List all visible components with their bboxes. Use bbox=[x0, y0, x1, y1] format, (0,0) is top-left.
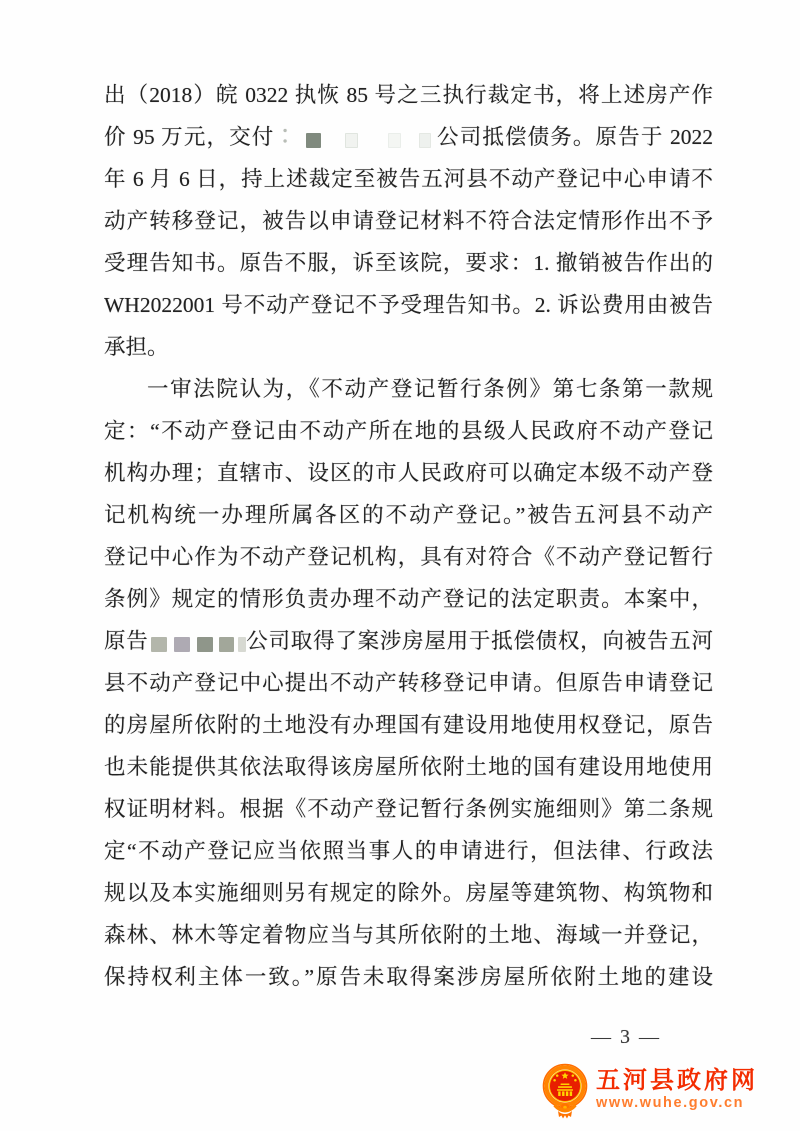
redaction-block bbox=[306, 133, 321, 148]
text-run: 价 95 万元，交付 bbox=[104, 125, 274, 149]
text-run: 的房屋所依附的土地没有办理国有建设用地使用权登记，原告 bbox=[104, 713, 713, 737]
text-run: ∶ bbox=[274, 125, 296, 149]
document-line: 定“不动产登记应当依照当事人的申请进行，但法律、行政法 bbox=[104, 830, 713, 872]
redaction-block bbox=[219, 637, 234, 652]
page-number: — 3 — bbox=[566, 1026, 686, 1049]
text-run: 受理告知书。原告不服，诉至该院，要求：1. 撤销被告作出的 bbox=[104, 251, 713, 275]
national-emblem-icon bbox=[542, 1062, 588, 1131]
text-run: 出（2018）皖 0322 执恢 85 号之三执行裁定书，将上述房产作 bbox=[104, 83, 713, 107]
document-line: 森林、林木等定着物应当与其所依附的土地、海域一并登记， bbox=[104, 914, 713, 956]
redaction-block bbox=[197, 637, 213, 652]
text-run: 公司取得了案涉房屋用于抵偿债权，向被告五河 bbox=[246, 629, 713, 653]
document-line: WH2022001 号不动产登记不予受理告知书。2. 诉讼费用由被告 bbox=[104, 284, 713, 326]
document-line: 价 95 万元，交付∶公司抵偿债务。原告于 2022 bbox=[104, 116, 713, 158]
site-name: 五河县政府网 bbox=[596, 1067, 758, 1095]
document-line: 出（2018）皖 0322 执恢 85 号之三执行裁定书，将上述房产作 bbox=[104, 74, 713, 116]
document-line: 登记中心作为不动产登记机构，具有对符合《不动产登记暂行 bbox=[104, 536, 713, 578]
text-run: 规以及本实施细则另有规定的除外。房屋等建筑物、构筑物和 bbox=[104, 881, 713, 905]
document-line: 的房屋所依附的土地没有办理国有建设用地使用权登记，原告 bbox=[104, 704, 713, 746]
text-run: 权证明材料。根据《不动产登记暂行条例实施细则》第二条规 bbox=[104, 797, 713, 821]
text-run: WH2022001 号不动产登记不予受理告知书。2. 诉讼费用由被告 bbox=[104, 293, 713, 317]
text-run: 森林、林木等定着物应当与其所依附的土地、海域一并登记， bbox=[104, 923, 713, 947]
redaction-block bbox=[345, 133, 358, 148]
redaction-block bbox=[238, 637, 246, 652]
text-run: 一审法院认为，《不动产登记暂行条例》第七条第一款规 bbox=[147, 377, 713, 401]
text-run: 记机构统一办理所属各区的不动产登记。”被告五河县不动产 bbox=[104, 503, 713, 527]
site-url: www.wuhe.gov.cn bbox=[596, 1095, 758, 1112]
redaction-block bbox=[388, 133, 401, 148]
document-line: 受理告知书。原告不服，诉至该院，要求：1. 撤销被告作出的 bbox=[104, 242, 713, 284]
document-line: 记机构统一办理所属各区的不动产登记。”被告五河县不动产 bbox=[104, 494, 713, 536]
text-run: 原告 bbox=[104, 629, 149, 653]
document-line: 县不动产登记中心提出不动产转移登记申请。但原告申请登记 bbox=[104, 662, 713, 704]
document-line: 条例》规定的情形负责办理不动产登记的法定职责。本案中， bbox=[104, 578, 713, 620]
document-line: 一审法院认为，《不动产登记暂行条例》第七条第一款规 bbox=[104, 368, 713, 410]
text-run: 保持权利主体一致。”原告未取得案涉房屋所依附土地的建设 bbox=[104, 965, 713, 989]
redaction-block bbox=[419, 133, 431, 148]
text-run: 登记中心作为不动产登记机构，具有对符合《不动产登记暂行 bbox=[104, 545, 713, 569]
text-run: 条例》规定的情形负责办理不动产登记的法定职责。本案中， bbox=[104, 587, 713, 611]
document-line: 年 6 月 6 日，持上述裁定至被告五河县不动产登记中心申请不 bbox=[104, 158, 713, 200]
redaction-blocks bbox=[296, 117, 436, 158]
text-run: 定“不动产登记应当依照当事人的申请进行，但法律、行政法 bbox=[104, 839, 713, 863]
text-run: 年 6 月 6 日，持上述裁定至被告五河县不动产登记中心申请不 bbox=[104, 167, 713, 191]
document-line: 权证明材料。根据《不动产登记暂行条例实施细则》第二条规 bbox=[104, 788, 713, 830]
document-line: 也未能提供其依法取得该房屋所依附土地的国有建设用地使用 bbox=[104, 746, 713, 788]
site-logo-watermark: 五河县政府网 www.wuhe.gov.cn bbox=[542, 1062, 758, 1131]
text-run: 承担。 bbox=[104, 335, 169, 359]
site-logo-texts: 五河县政府网 www.wuhe.gov.cn bbox=[596, 1062, 758, 1112]
document-text: 出（2018）皖 0322 执恢 85 号之三执行裁定书，将上述房产作价 95 … bbox=[104, 74, 713, 998]
document-line: 机构办理；直辖市、设区的市人民政府可以确定本级不动产登 bbox=[104, 452, 713, 494]
text-run: 也未能提供其依法取得该房屋所依附土地的国有建设用地使用 bbox=[104, 755, 713, 779]
redaction-block bbox=[151, 637, 167, 652]
text-run: 县不动产登记中心提出不动产转移登记申请。但原告申请登记 bbox=[104, 671, 713, 695]
text-run: 机构办理；直辖市、设区的市人民政府可以确定本级不动产登 bbox=[104, 461, 713, 485]
document-line: 动产转移登记，被告以申请登记材料不符合法定情形作出不予 bbox=[104, 200, 713, 242]
redaction-blocks bbox=[149, 621, 246, 662]
document-line: 保持权利主体一致。”原告未取得案涉房屋所依附土地的建设 bbox=[104, 956, 713, 998]
redaction-block bbox=[174, 637, 190, 652]
text-run: 公司抵偿债务。原告于 2022 bbox=[436, 125, 713, 149]
text-run: 动产转移登记，被告以申请登记材料不符合法定情形作出不予 bbox=[104, 209, 713, 233]
document-line: 承担。 bbox=[104, 326, 713, 368]
document-line: 规以及本实施细则另有规定的除外。房屋等建筑物、构筑物和 bbox=[104, 872, 713, 914]
document-line: 定：“不动产登记由不动产所在地的县级人民政府不动产登记 bbox=[104, 410, 713, 452]
scanned-document-page: 出（2018）皖 0322 执恢 85 号之三执行裁定书，将上述房产作价 95 … bbox=[0, 0, 800, 1131]
document-line: 原告公司取得了案涉房屋用于抵偿债权，向被告五河 bbox=[104, 620, 713, 662]
text-run: 定：“不动产登记由不动产所在地的县级人民政府不动产登记 bbox=[104, 419, 713, 443]
